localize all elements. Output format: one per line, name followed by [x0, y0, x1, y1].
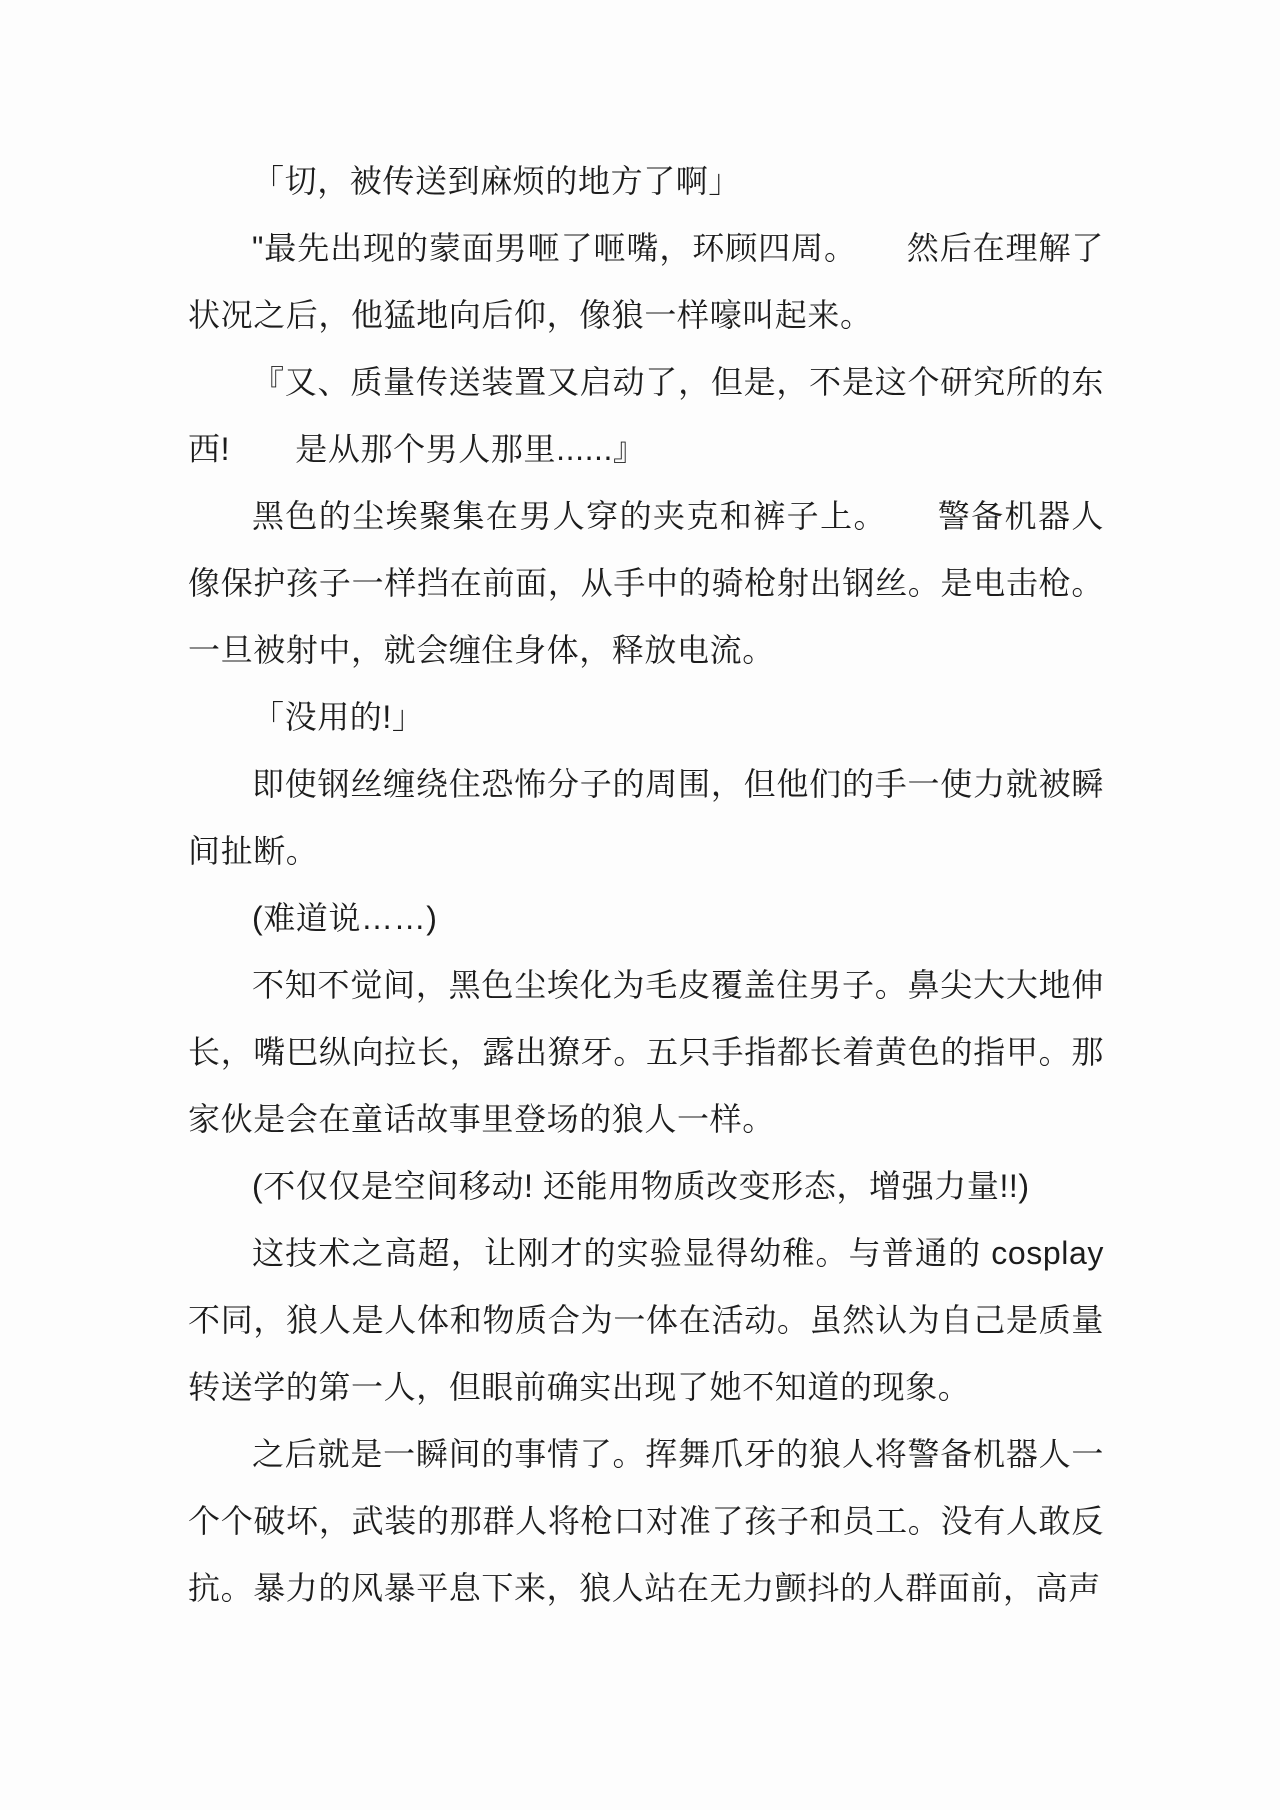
document-page: 「切，被传送到麻烦的地方了啊」"最先出现的蒙面男咂了咂嘴，环顾四周。 然后在理解… [0, 0, 1280, 1810]
paragraph-text: 即使钢丝缠绕住恐怖分子的周围，但他们的手一使力就被瞬间扯断。 [188, 751, 1104, 885]
paragraph-text: 『又、质量传送装置又启动了，但是，不是这个研究所的东西! 是从那个男人那里...… [188, 349, 1104, 483]
document-text-column: 「切，被传送到麻烦的地方了啊」"最先出现的蒙面男咂了咂嘴，环顾四周。 然后在理解… [188, 148, 1104, 1622]
paragraph-text: 「没用的!」 [188, 684, 1104, 751]
paragraph-text: 「切，被传送到麻烦的地方了啊」 [188, 148, 1104, 215]
paragraph-text: 黑色的尘埃聚集在男人穿的夹克和裤子上。 警备机器人像保护孩子一样挡在前面，从手中… [188, 483, 1104, 684]
paragraph-text: "最先出现的蒙面男咂了咂嘴，环顾四周。 然后在理解了状况之后，他猛地向后仰，像狼… [188, 215, 1104, 349]
paragraph-text: 之后就是一瞬间的事情了。挥舞爪牙的狼人将警备机器人一个个破坏，武装的那群人将枪口… [188, 1421, 1104, 1622]
paragraph-text: 这技术之高超，让刚才的实验显得幼稚。与普通的 cosplay 不同，狼人是人体和… [188, 1220, 1104, 1421]
paragraph-text: 不知不觉间，黑色尘埃化为毛皮覆盖住男子。鼻尖大大地伸长，嘴巴纵向拉长，露出獠牙。… [188, 952, 1104, 1153]
paragraph-text: (难道说……) [188, 885, 1104, 952]
paragraph-text: (不仅仅是空间移动! 还能用物质改变形态，增强力量!!) [188, 1153, 1104, 1220]
